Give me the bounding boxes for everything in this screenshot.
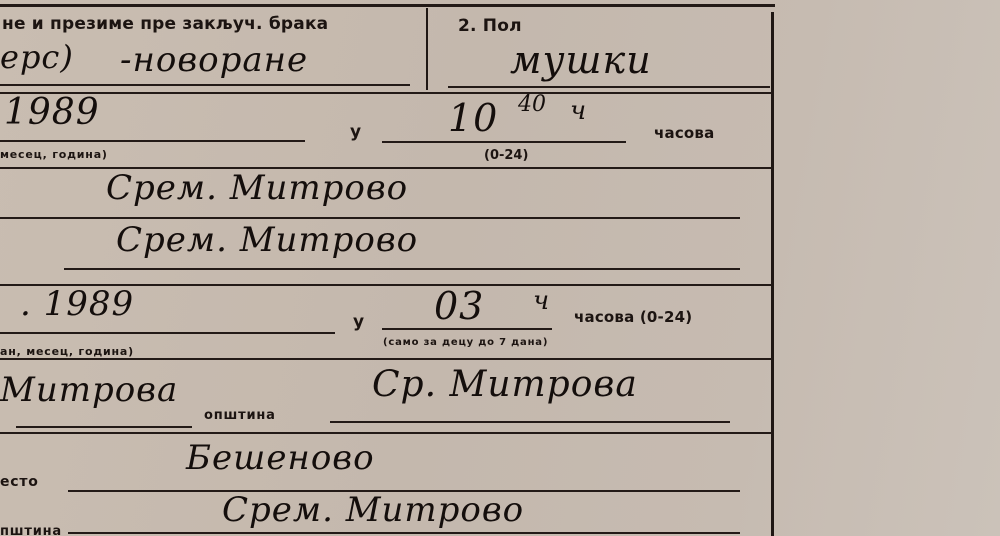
reg-hours-label: часова (0-24) [574,308,692,326]
at-label: у [350,122,361,142]
birth-municipality-underline [64,268,740,270]
row5-bottom [0,432,772,434]
birth-place-underline [0,217,740,219]
registration-date-handwritten: . 1989 [20,284,134,324]
date-format-hint: месец, година) [0,148,108,161]
birth-time-hours: 10 [448,96,498,140]
field2-divider [426,8,428,90]
residence-place-underline [16,426,192,428]
registration-time-suffix: ч [533,286,549,316]
surname-before-marriage-label: не и презиме пре закључ. брака [2,14,328,34]
birth-municipality-handwritten: Срем. Митрово [116,220,418,260]
hours-label: часова [654,124,714,142]
document-photo: не и презиме пре закључ. брака ерс) -нов… [0,0,1000,536]
right-border [771,12,774,536]
hour-range-hint: (0-24) [484,148,528,163]
sex-label: 2. Пол [458,16,522,36]
birth-time-minutes: 40 [518,92,546,117]
registration-time-underline [382,328,552,330]
place-label: есто [0,474,39,490]
reg-at-label: у [353,312,364,332]
registration-date-underline [0,332,335,334]
place-handwritten: Бешеново [186,438,375,478]
top-border [0,4,775,7]
birth-date-handwritten: 1989 [4,92,100,133]
municipality2-label: пштина [0,524,62,536]
surname-handwritten: -новоране [120,40,308,80]
reg-date-format-hint: ан, месец, година) [0,345,134,358]
sex-handwritten: мушки [510,38,652,82]
surname-fragment-handwritten: ерс) [0,38,74,76]
residence-municipality-handwritten: Ср. Митрова [372,364,638,405]
municipality2-handwritten: Срем. Митрово [222,490,524,530]
birth-place-handwritten: Срем. Митрово [106,168,408,208]
registration-time-handwritten: 03 [434,284,484,328]
residence-municipality-underline [330,421,730,423]
row4-bottom [0,358,772,360]
residence-place-handwritten: Митрова [0,370,178,410]
birth-date-underline [0,140,305,142]
sex-underline [448,86,770,88]
birth-time-underline [382,141,626,143]
surname-underline [0,84,410,86]
row1-bottom [0,92,772,94]
birth-time-suffix: ч [570,96,586,126]
municipality-label: општина [204,408,276,423]
municipality2-underline [68,532,740,534]
infant-note-hint: (само за децу до 7 дана) [383,337,548,348]
